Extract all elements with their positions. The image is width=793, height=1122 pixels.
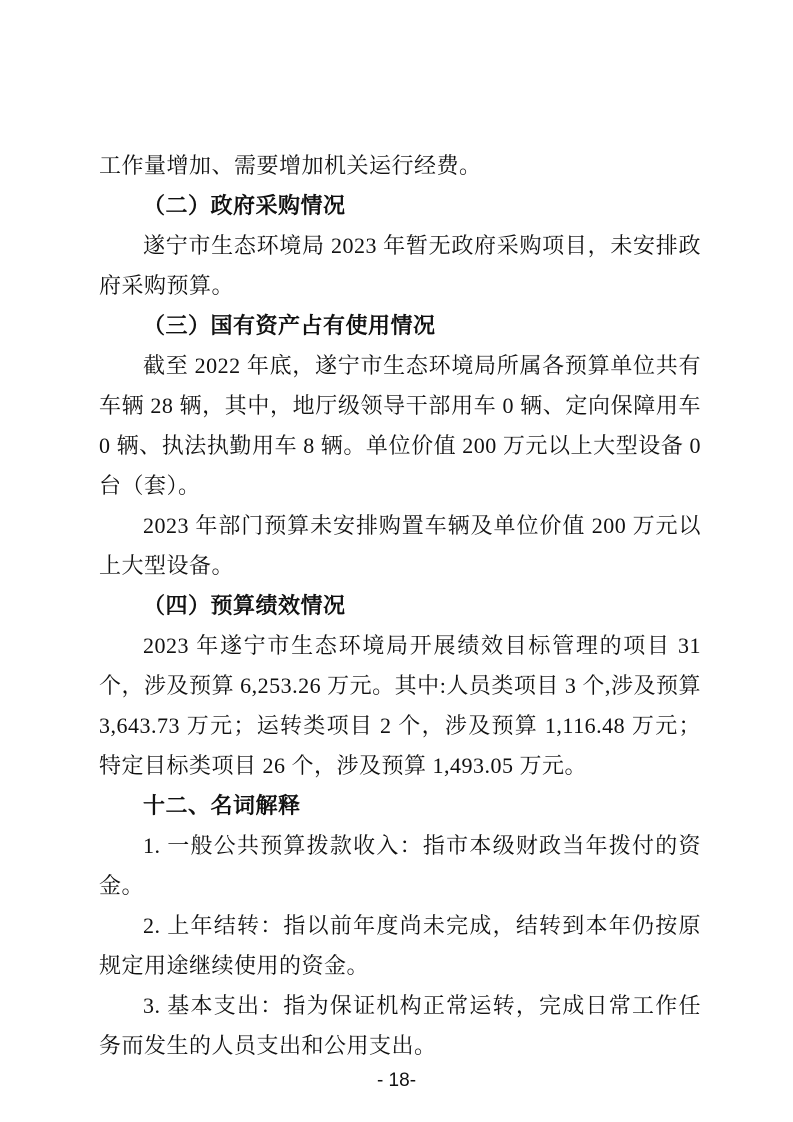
heading-glossary: 十二、名词解释 (99, 786, 701, 826)
glossary-item-basic-expenditure: 3. 基本支出：指为保证机构正常运转，完成日常工作任务而发生的人员支出和公用支出… (99, 986, 701, 1066)
document-content: 工作量增加、需要增加机关运行经费。 （二）政府采购情况 遂宁市生态环境局 202… (99, 146, 701, 1066)
paragraph-performance-targets: 2023 年遂宁市生态环境局开展绩效目标管理的项目 31 个，涉及预算 6,25… (99, 626, 701, 786)
heading-government-procurement: （二）政府采购情况 (99, 186, 701, 226)
page-number: - 18- (0, 1070, 793, 1092)
glossary-item-carryover: 2. 上年结转：指以前年度尚未完成，结转到本年仍按原规定用途继续使用的资金。 (99, 906, 701, 986)
paragraph-government-procurement: 遂宁市生态环境局 2023 年暂无政府采购项目，未安排政府采购预算。 (99, 226, 701, 306)
paragraph-state-assets: 截至 2022 年底，遂宁市生态环境局所属各预算单位共有车辆 28 辆，其中，地… (99, 346, 701, 506)
glossary-item-general-budget-income: 1. 一般公共预算拨款收入：指市本级财政当年拨付的资金。 (99, 826, 701, 906)
paragraph-no-vehicle-purchase: 2023 年部门预算未安排购置车辆及单位价值 200 万元以上大型设备。 (99, 506, 701, 586)
document-page: 工作量增加、需要增加机关运行经费。 （二）政府采购情况 遂宁市生态环境局 202… (0, 0, 793, 1122)
heading-budget-performance: （四）预算绩效情况 (99, 586, 701, 626)
heading-state-assets-usage: （三）国有资产占有使用情况 (99, 306, 701, 346)
paragraph-running-costs-continuation: 工作量增加、需要增加机关运行经费。 (99, 146, 701, 186)
